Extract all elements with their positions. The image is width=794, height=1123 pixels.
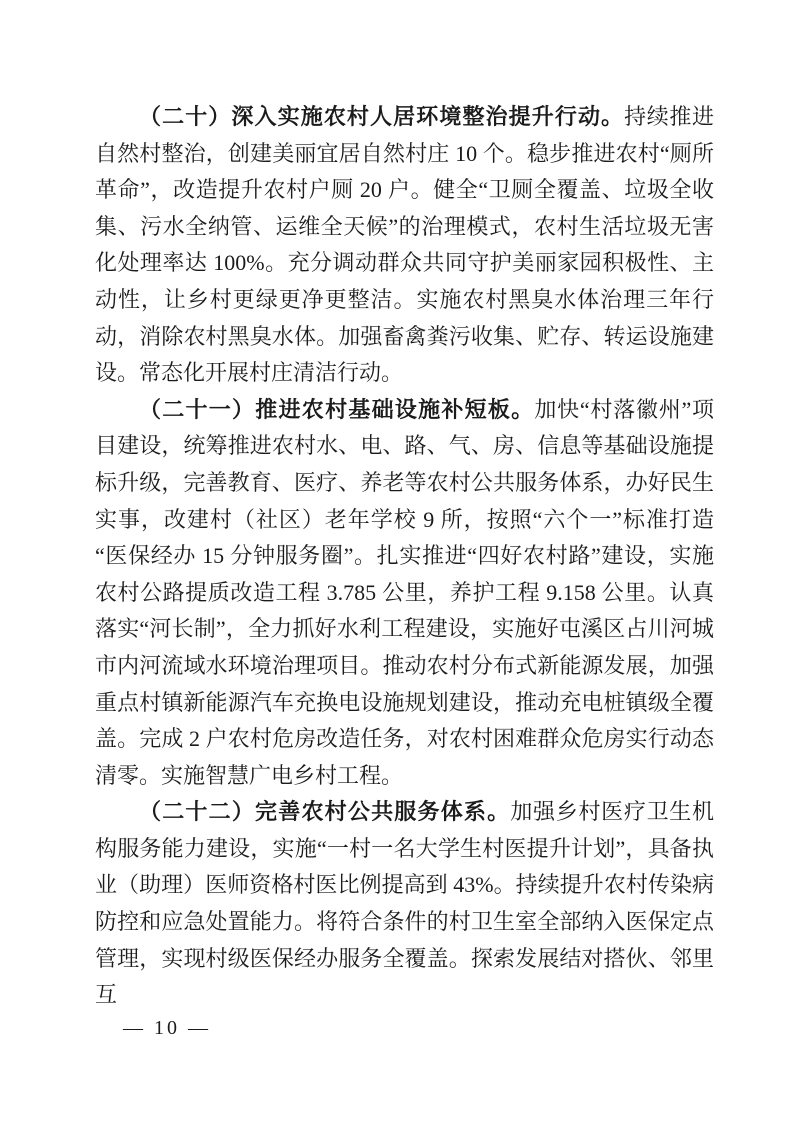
section-20-body: 持续推进自然村整治，创建美丽宜居自然村庄 10 个。稳步推进农村“厕所革命”，改… — [95, 104, 714, 385]
paragraph-section-20: （二十）深入实施农村人居环境整治提升行动。持续推进自然村整治，创建美丽宜居自然村… — [95, 99, 714, 392]
paragraph-section-21: （二十一）推进农村基础设施补短板。加快“村落徽州”项目建设，统筹推进农村水、电、… — [95, 392, 714, 795]
document-page: （二十）深入实施农村人居环境整治提升行动。持续推进自然村整治，创建美丽宜居自然村… — [0, 0, 794, 1123]
section-22-body: 加强乡村医疗卫生机构服务能力建设，实施“一村一名大学生村医提升计划”，具备执业（… — [95, 799, 714, 1007]
section-21-body: 加快“村落徽州”项目建设，统筹推进农村水、电、路、气、房、信息等基础设施提标升级… — [95, 397, 714, 788]
section-22-heading: （二十二）完善农村公共服务体系。 — [139, 799, 510, 824]
section-21-heading: （二十一）推进农村基础设施补短板。 — [139, 397, 534, 422]
section-20-heading: （二十）深入实施农村人居环境整治提升行动。 — [139, 104, 624, 129]
page-number: — 10 — — [123, 1014, 211, 1042]
document-body: （二十）深入实施农村人居环境整治提升行动。持续推进自然村整治，创建美丽宜居自然村… — [95, 99, 714, 1014]
paragraph-section-22: （二十二）完善农村公共服务体系。加强乡村医疗卫生机构服务能力建设，实施“一村一名… — [95, 794, 714, 1014]
